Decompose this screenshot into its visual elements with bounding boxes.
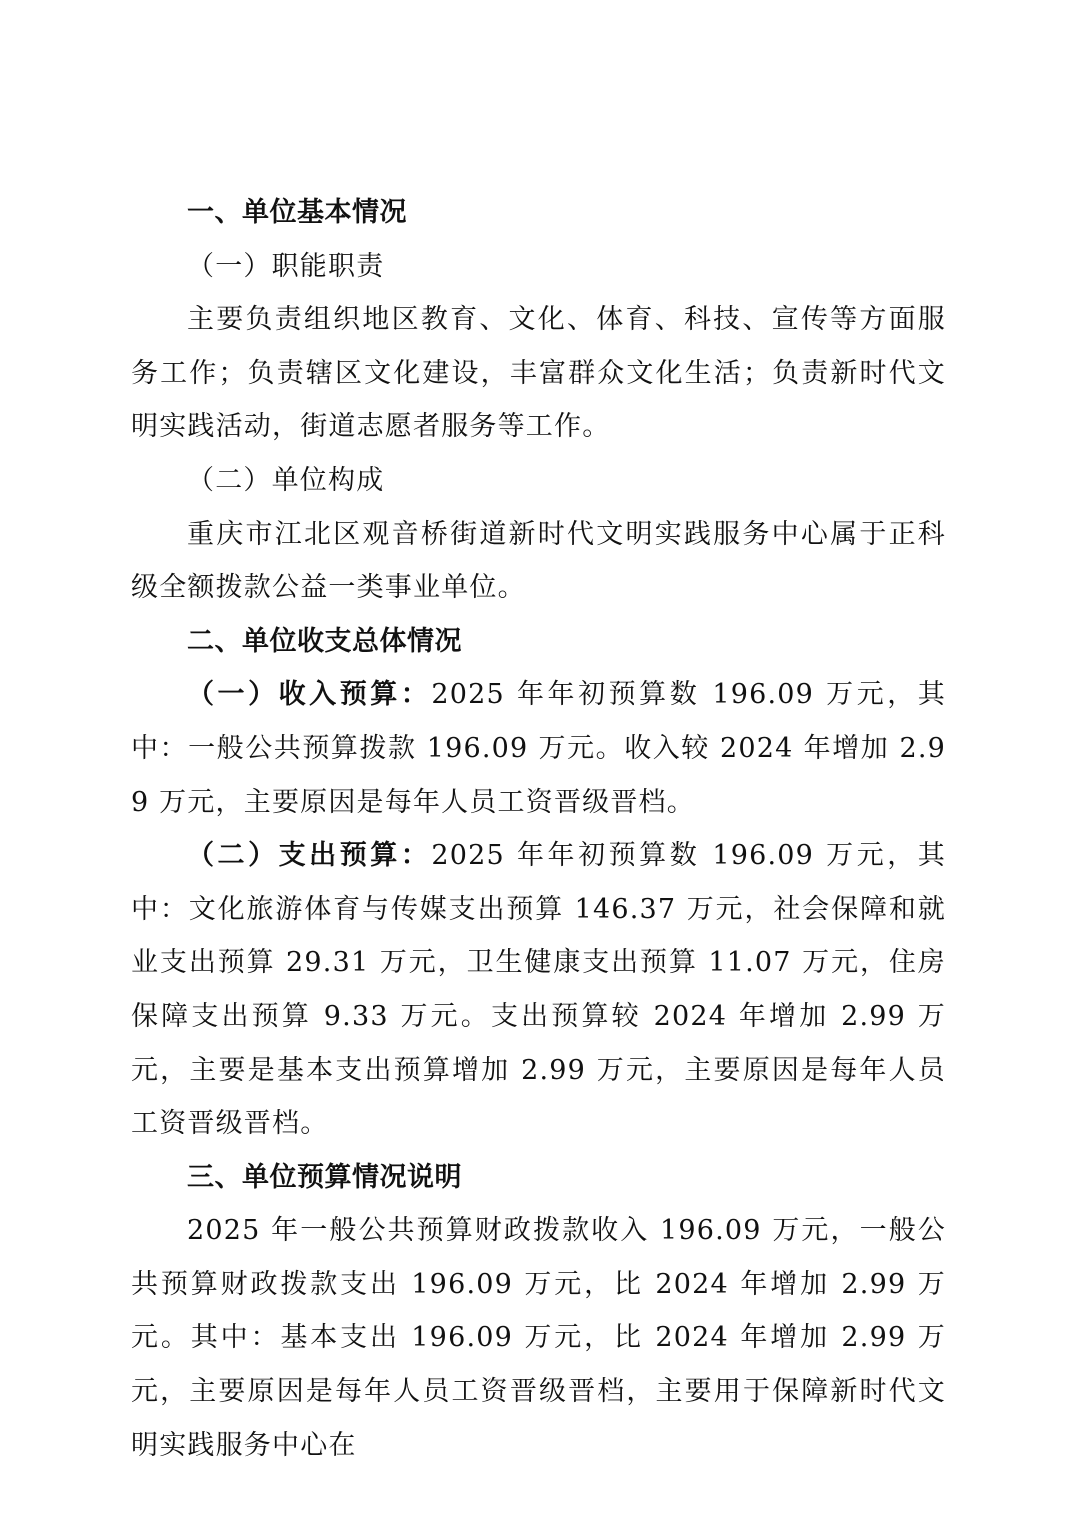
income-budget-label: （一）收入预算： <box>187 679 431 710</box>
subsection-heading-composition: （二）单位构成 <box>131 454 946 508</box>
paragraph-expenditure-budget: （二）支出预算：2025 年年初预算数 196.09 万元，其中：文化旅游体育与… <box>131 829 946 1151</box>
expenditure-budget-label: （二）支出预算： <box>187 840 431 871</box>
section-heading-overall-budget: 二、单位收支总体情况 <box>131 615 946 669</box>
section-heading-basic-info: 一、单位基本情况 <box>131 186 946 240</box>
document-page: 一、单位基本情况 （一）职能职责 主要负责组织地区教育、文化、体育、科技、宣传等… <box>131 186 946 1472</box>
paragraph-income-budget: （一）收入预算：2025 年年初预算数 196.09 万元，其中：一般公共预算拨… <box>131 668 946 829</box>
subsection-heading-duties: （一）职能职责 <box>131 240 946 294</box>
expenditure-budget-text: 2025 年年初预算数 196.09 万元，其中：文化旅游体育与传媒支出预算 1… <box>131 840 946 1139</box>
paragraph-budget-explanation: 2025 年一般公共预算财政拨款收入 196.09 万元，一般公共预算财政拨款支… <box>131 1204 946 1472</box>
paragraph-duties: 主要负责组织地区教育、文化、体育、科技、宣传等方面服务工作；负责辖区文化建设，丰… <box>131 293 946 454</box>
section-heading-budget-explanation: 三、单位预算情况说明 <box>131 1151 946 1205</box>
paragraph-composition: 重庆市江北区观音桥街道新时代文明实践服务中心属于正科级全额拨款公益一类事业单位。 <box>131 508 946 615</box>
